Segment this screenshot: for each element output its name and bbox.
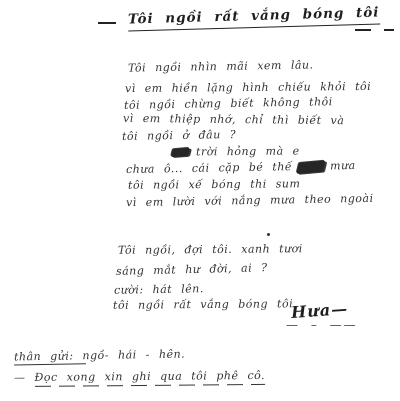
crossed-out-word bbox=[297, 160, 326, 173]
footer-note-text: Đọc xong xin ghi qua tôi phê cô. bbox=[34, 369, 265, 387]
footer-note-text: thân gửi: ngồ- hái - hên. bbox=[14, 348, 185, 366]
poem-line: trời hỏng mà e bbox=[172, 144, 300, 158]
poem-title: Tôi ngồi rất vắng bóng tôi bbox=[128, 4, 380, 31]
footer-note: — Đọc xong xin ghi qua tôi phê cô. bbox=[14, 369, 265, 384]
footer-note: thân gửi: ngồ- hái - hên. bbox=[14, 348, 185, 364]
ink-speck bbox=[267, 233, 270, 236]
title-left-dash bbox=[98, 22, 116, 24]
signature-underline: — – —— bbox=[286, 318, 358, 332]
poem-line: vì em thiệp nhớ, chỉ thì biết và bbox=[123, 112, 344, 127]
poem-line: chưa ô... cái cặp bé thếmưa bbox=[126, 159, 356, 176]
manuscript-page: Tôi ngồi rất vắng bóng tôi Tôi ngồi nhìn… bbox=[0, 0, 400, 401]
poem-line: tôi ngồi xế bóng thi sum bbox=[128, 177, 300, 192]
poem-line-text: trời hỏng mà e bbox=[196, 144, 300, 158]
title-right-dash-1 bbox=[355, 29, 371, 31]
poem-line: tôi ngồi rất vắng bóng tôi. bbox=[113, 297, 297, 312]
poem-line: sáng mắt hư đời, ai ? bbox=[116, 261, 268, 278]
poem-line: Tôi ngồi nhìn mãi xem lâu. bbox=[128, 58, 314, 74]
poem-line: tôi ngồi ở đâu ? bbox=[122, 128, 236, 143]
poem-line: Tôi ngồi, đợi tôi. xanh tươi bbox=[118, 242, 303, 257]
poem-line-text: mưa bbox=[330, 159, 356, 172]
footer-lead-dash: — bbox=[14, 371, 26, 384]
poem-line-text: chưa ô... cái cặp bé thế bbox=[126, 160, 292, 176]
poem-line: cười: hát lên. bbox=[114, 282, 204, 297]
poem-line: vì em lười với nắng mưa theo ngoài bbox=[126, 192, 374, 209]
title-right-dash-2 bbox=[384, 29, 394, 31]
poem-line: vì em hiền lặng hình chiếu khỏi tôi bbox=[125, 80, 371, 95]
signature-flourish: — bbox=[330, 299, 348, 319]
crossed-out-word bbox=[171, 148, 190, 157]
poem-line: tôi ngồi chừng biết không thôi bbox=[124, 95, 333, 112]
